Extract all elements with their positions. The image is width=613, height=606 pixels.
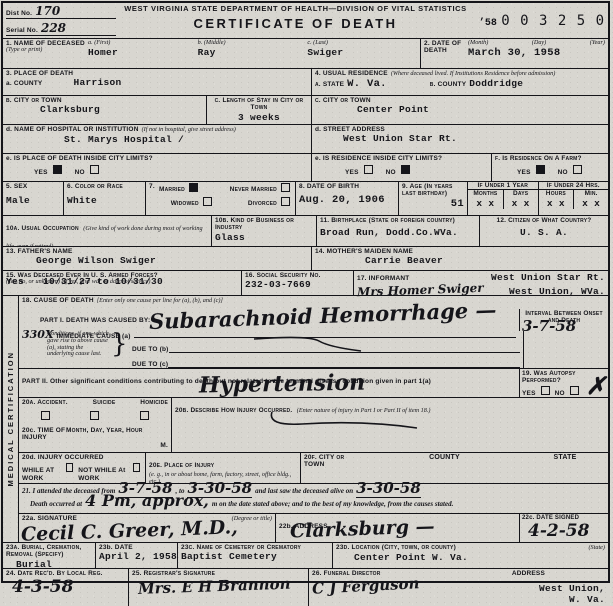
days-value: x x	[503, 198, 538, 209]
stay-value: 3 weeks	[210, 112, 308, 123]
pod-city-value: Clarksburg	[40, 104, 203, 115]
part1-label: PART I. DEATH WAS CAUSED BY:	[40, 317, 150, 324]
hospital-label: d. NAME OF HOSPITAL OR INSTITUTION	[6, 126, 139, 133]
field-citizen: 12. Citizen of What Country? U. S. A.	[479, 216, 608, 246]
row-registrar: 24. Date Rec'd. By Local Reg. 4-3-58 25.…	[3, 568, 608, 586]
middle-name-label: b. (Middle)	[198, 40, 308, 47]
checkbox-never-married	[281, 183, 290, 192]
field-cemetery: 23c. Name of Cemetery or Crematory Bapti…	[177, 543, 332, 568]
field-describe-injury: 20b. Describe How Injury Occurred. (Ente…	[171, 398, 608, 426]
checkbox-farm-yes	[536, 165, 545, 174]
business-value: Glass	[215, 232, 313, 243]
months-label: Months	[468, 190, 503, 197]
death-time-value: 4 Pm, approx,	[85, 491, 209, 510]
hours-label: Hours	[539, 190, 574, 197]
department-title: WEST VIRGINIA STATE DEPARTMENT OF HEALTH…	[116, 5, 475, 14]
physician-address-value: Clarksburg —	[290, 515, 435, 542]
cert-year-prefix: ’58	[479, 18, 497, 29]
row-cities: b. CITY or TOWN Clarksburg c. Length of …	[3, 95, 608, 124]
field-res-city: c. CITY or TOWN Center Point	[311, 96, 608, 124]
divorced-label: Divorced	[226, 197, 293, 207]
informant-signature: Mrs Homer Swiger	[357, 281, 484, 299]
certificate-title: CERTIFICATE OF DEATH	[116, 17, 475, 32]
pod-limits-yes-label: YES	[34, 169, 48, 176]
checkbox-res-limits-no	[401, 165, 410, 174]
checkbox-homicide	[140, 411, 149, 420]
checkbox-autopsy-no	[570, 386, 579, 395]
hospital-value: St. Marys Hospital /	[64, 134, 308, 145]
res-county-label: b. COUNTY	[430, 81, 466, 88]
checkbox-suicide	[90, 411, 99, 420]
row-20def: 20d. INJURY OCCURRED WHILE AT WORK NOT W…	[19, 452, 608, 483]
due-b-label: DUE TO (b)	[132, 346, 169, 353]
field-usual-residence: 4. USUAL RESIDENCE (Where deceased lived…	[311, 69, 608, 95]
row-parents: 13. FATHER'S NAME George Wilson Swiger 1…	[3, 246, 608, 270]
field-hospital: d. NAME OF HOSPITAL OR INSTITUTION (If n…	[3, 125, 311, 153]
row-hospital-street: d. NAME OF HOSPITAL OR INSTITUTION (If n…	[3, 124, 608, 153]
date-signed-value: 4-2-58	[528, 521, 589, 541]
age-value: 51	[402, 198, 464, 210]
received-label: 24. Date Rec'd. By Local Reg.	[6, 570, 125, 577]
row-burial: 23a. Burial, Cremation, Removal (Specify…	[3, 542, 608, 568]
farm-yes-label: YES	[517, 169, 531, 176]
burial-date-label: 23b. DATE	[99, 544, 174, 551]
alive-label: and last saw the deceased alive on	[255, 487, 353, 495]
field-informant: 17. INFORMANT West Union Star Rt. Mrs Ho…	[353, 271, 608, 295]
field-pod-city-limits: e. IS PLACE OF DEATH INSIDE CITY LIMITS?…	[3, 154, 311, 181]
cemetery-label: 23c. Name of Cemetery or Crematory	[181, 544, 329, 551]
field-mother-name: 14. MOTHER'S MAIDEN NAME Carrie Beaver	[311, 247, 608, 270]
field-street-address: d. STREET ADDRESS West Union Star Rt.	[311, 125, 608, 153]
immediate-cause-row: PART I. DEATH WAS CAUSED BY: 330X IMMEDI…	[19, 309, 608, 331]
field-date-of-death: 2. DATE OF DEATH (Month) (Day) (Year) Ma…	[420, 39, 608, 68]
dob-label: 8. DATE OF BIRTH	[299, 183, 395, 190]
field-age: 9. Age (In years last birthday) 51 If Un…	[398, 182, 608, 215]
alive-date-value: 3-30-58	[356, 479, 421, 498]
hours-value: x x	[539, 198, 574, 209]
min-value: x x	[573, 198, 608, 209]
due-to-b-row: Conditions, if any, which gave rise to a…	[19, 331, 608, 353]
field-occupation: 10a. Usual Occupation (Give kind of work…	[3, 216, 211, 246]
res-state-value: W. Va.	[347, 78, 387, 90]
burial-label: 23a. Burial, Cremation, Removal (Specify…	[6, 544, 92, 559]
field-ssn: 16. Social Security No. 232-03-7669	[241, 271, 353, 295]
father-value: George Wilson Swiger	[36, 255, 308, 266]
field-father-name: 13. FATHER'S NAME George Wilson Swiger	[3, 247, 311, 270]
res-limits-no-label: NO	[386, 169, 396, 176]
place-of-death-label: 3. PLACE OF DEATH	[6, 70, 308, 77]
sex-label: 5. SEX	[6, 183, 60, 190]
mother-label: 14. MOTHER'S MAIDEN NAME	[315, 248, 605, 255]
time-sub-label: Month, Day, Year, Hour	[66, 427, 168, 434]
autopsy-no-label: NO	[555, 390, 565, 397]
row-county-residence: 3. PLACE OF DEATH a. COUNTY Harrison 4. …	[3, 68, 608, 95]
field-burial-location: 23d. Location (City, town, or county) (S…	[332, 543, 608, 568]
res-state-label: a. STATE	[315, 81, 344, 88]
married-label: Married	[159, 183, 226, 193]
res-limits-yes-label: YES	[345, 169, 359, 176]
dob-value: Aug. 20, 1906	[299, 194, 395, 206]
death-occurred-label: Death occurred at	[30, 500, 82, 508]
checkbox-res-limits-yes	[364, 165, 373, 174]
service-dates: 10/31/27 to 10/31/30	[43, 276, 163, 287]
dod-day-label: (Day)	[532, 40, 546, 47]
hospital-sub: (If not in hospital, give street address…	[142, 127, 236, 134]
field-time-of-injury: 20c. TIME OF INJURY Month, Day, Year, Ho…	[19, 426, 171, 452]
field-registrar-signature: 25. Registrar's Signature Mrs. E H Brann…	[128, 569, 308, 586]
homicide-label: Homicide	[140, 399, 168, 406]
occupation-label: 10a. Usual Occupation	[6, 225, 79, 232]
place-injury-label: 20e. Place of Injury	[149, 462, 214, 469]
father-label: 13. FATHER'S NAME	[6, 248, 308, 255]
field-attended-statement: 21. I attended the deceased from 3-7-58 …	[19, 483, 608, 513]
checkbox-pod-limits-yes	[53, 165, 62, 174]
field-race: 6. Color or Race White	[63, 182, 145, 215]
brace-glyph: }	[111, 329, 128, 359]
min-label: Min.	[573, 190, 608, 197]
location-state-label: (State)	[589, 545, 606, 552]
pod-limits-label: e. IS PLACE OF DEATH INSIDE CITY LIMITS?	[6, 155, 308, 162]
res-city-label: c. CITY or TOWN	[315, 97, 605, 104]
row-personal: 5. SEX Male 6. Color or Race White 7. Ma…	[3, 181, 608, 215]
field-physician-signature: 22a. SIGNATURE (Degree or title) Cecil C…	[19, 514, 275, 542]
widowed-label: Widowed	[159, 197, 226, 207]
street-label: d. STREET ADDRESS	[315, 126, 605, 133]
checkbox-pod-limits-no	[90, 165, 99, 174]
age-label: 9. Age (In years last birthday)	[402, 183, 464, 198]
header: Dist No. 170 Serial No. 228 WEST VIRGINI…	[3, 3, 608, 38]
first-name-label: a. (First)	[88, 40, 198, 47]
row-20ab: 20a. Accident. Suicide Homicide 20b. Des…	[19, 397, 608, 426]
checkbox-divorced	[281, 197, 290, 206]
stay-label: c. Length of Stay in City or Town	[210, 97, 308, 112]
field-business: 10b. Kind of Business or Industry Glass	[211, 216, 316, 246]
ssn-value: 232-03-7669	[245, 279, 350, 290]
field-length-of-stay: c. Length of Stay in City or Town 3 week…	[206, 96, 311, 124]
part2-value: Hypertension	[199, 370, 366, 399]
describe-label: 20b. Describe How Injury Occurred.	[175, 407, 292, 414]
first-name-value: Homer	[88, 47, 198, 58]
cause-label: 18. CAUSE OF DEATH	[22, 297, 94, 304]
citizen-label: 12. Citizen of What Country?	[483, 217, 605, 224]
checkbox-not-while-at-work	[133, 463, 140, 472]
checkbox-while-at-work	[66, 463, 73, 472]
burial-value: Burial	[16, 559, 92, 568]
received-value: 4-3-58	[12, 577, 125, 586]
race-label: 6. Color or Race	[67, 183, 142, 190]
street-value: West Union Star Rt.	[343, 133, 605, 144]
accident-label: 20a. Accident.	[22, 399, 68, 406]
field-injury-city-county-state: 20f. CITY or TOWN COUNTY STATE	[300, 453, 608, 483]
cemetery-value: Baptist Cemetery	[181, 551, 329, 562]
degree-label: (Degree or title)	[232, 516, 272, 523]
describe-sub: (Enter nature of injury in Part I or Par…	[297, 407, 431, 414]
row-occupation: 10a. Usual Occupation (Give kind of work…	[3, 215, 608, 246]
row-service-informant: 15. Was Deceased Ever In U. S. Armed For…	[3, 270, 608, 295]
medical-certification-rail: MEDICAL CERTIFICATION	[3, 296, 19, 542]
informant-address2: West Union, WVa.	[509, 286, 605, 297]
pod-county-value: Harrison	[73, 77, 121, 88]
months-value: x x	[468, 198, 503, 209]
informant-address1: West Union Star Rt.	[491, 272, 605, 283]
birthplace-value: Broad Run, Dodd.Co.WVa.	[320, 227, 476, 238]
field-pod-city: b. CITY or TOWN Clarksburg	[3, 96, 206, 124]
field-armed-forces: 15. Was Deceased Ever In U. S. Armed For…	[3, 271, 241, 295]
field-marital-status: 7. Married Never Married Widowed Divorce…	[145, 182, 295, 215]
sex-value: Male	[6, 195, 60, 206]
field-name-of-deceased: 1. NAME OF DECEASED (Type or print) a. (…	[3, 39, 420, 68]
row-name-date: 1. NAME OF DECEASED (Type or print) a. (…	[3, 38, 608, 68]
res-city-value: Center Point	[357, 104, 605, 115]
autopsy-yes-label: YES	[522, 390, 536, 397]
location-value: Center Point W. Va.	[354, 552, 605, 563]
business-label: 10b. Kind of Business or Industry	[215, 217, 313, 232]
row-22-signature: 22a. SIGNATURE (Degree or title) Cecil C…	[19, 513, 608, 542]
dod-year-label: (Year)	[590, 40, 605, 47]
field-res-farm: f. Is Residence On A Farm? YES NO	[491, 154, 608, 181]
service-answer: Yes	[6, 276, 24, 287]
checkbox-married	[189, 183, 198, 192]
date-of-death-label: 2. DATE OF DEATH	[424, 40, 464, 67]
injury-city-label: 20f. CITY or TOWN	[304, 454, 364, 482]
header-titles: WEST VIRGINIA STATE DEPARTMENT OF HEALTH…	[116, 4, 475, 37]
checkbox-autopsy-yes	[541, 386, 550, 395]
farm-label: f. Is Residence On A Farm?	[495, 155, 605, 162]
ssn-label: 16. Social Security No.	[245, 272, 350, 279]
field-date-signed: 22c. DATE SIGNED 4-2-58	[519, 514, 608, 542]
interval-value: 3-7-58	[522, 317, 576, 335]
medical-certification-section: MEDICAL CERTIFICATION 18. CAUSE OF DEATH…	[3, 295, 608, 542]
name-sub-label: (Type or print)	[6, 47, 88, 54]
field-burial-date: 23b. DATE April 2, 1958	[95, 543, 177, 568]
informant-label: 17. INFORMANT	[357, 275, 409, 282]
conditions-note: Conditions, if any, which gave rise to a…	[47, 331, 109, 358]
under1-label: If Under 1 Year	[468, 182, 538, 189]
last-name-label: c. (Last)	[307, 40, 417, 47]
pod-limits-no-label: NO	[75, 169, 85, 176]
field-birthplace: 11. Birthplace (State or foreign country…	[316, 216, 479, 246]
field-sex: 5. SEX Male	[3, 182, 63, 215]
location-label: 23d. Location (City, town, or county)	[336, 544, 456, 551]
dist-no-value: 170	[35, 4, 60, 18]
dod-value: March 30, 1958	[468, 47, 605, 59]
serial-no-label: Serial No.	[6, 27, 38, 34]
farm-no-label: NO	[558, 169, 568, 176]
field-accident-suicide-homicide: 20a. Accident. Suicide Homicide	[19, 398, 171, 426]
cert-serial: 0 0 3 2 5 0	[501, 13, 605, 29]
dod-month-label: (Month)	[468, 40, 488, 47]
registry-numbers: Dist No. 170 Serial No. 228	[6, 4, 116, 37]
injury-occurred-label: 20d. INJURY OCCURRED	[22, 454, 142, 461]
field-place-of-death-county: 3. PLACE OF DEATH a. COUNTY Harrison	[3, 69, 311, 95]
time-label: 20c. TIME OF INJURY	[22, 427, 66, 451]
death-certificate: Dist No. 170 Serial No. 228 WEST VIRGINI…	[1, 1, 610, 583]
res-county-value: Doddridge	[469, 78, 523, 89]
field-burial-type: 23a. Burial, Cremation, Removal (Specify…	[3, 543, 95, 568]
time-m-label: M.	[66, 442, 168, 449]
row-20c: 20c. TIME OF INJURY Month, Day, Year, Ho…	[19, 426, 608, 452]
res-limits-label: e. IS RESIDENCE INSIDE CITY LIMITS?	[315, 155, 488, 162]
cause-sub: [Enter only one cause per line for (a), …	[97, 298, 223, 305]
due-c-label: DUE TO (c)	[132, 361, 168, 368]
pod-city-label: b. CITY or TOWN	[6, 97, 203, 104]
middle-name-value: Ray	[198, 47, 308, 58]
days-label: Days	[503, 190, 538, 197]
part2-row: PART II. Other significant conditions co…	[19, 368, 608, 397]
autopsy-handwritten-mark: ✗	[586, 371, 606, 400]
field-funeral-director: 26. Funeral Director ADDRESS C J Ferguso…	[308, 569, 608, 586]
suicide-label: Suicide	[93, 399, 116, 406]
field-date-of-birth: 8. DATE OF BIRTH Aug. 20, 1906	[295, 182, 398, 215]
director-address-label: ADDRESS	[512, 570, 545, 577]
citizen-value: U. S. A.	[483, 227, 605, 238]
while-at-work-label: WHILE AT WORK	[22, 467, 61, 482]
residence-sub: (Where deceased lived. If Institutions R…	[391, 71, 556, 78]
checkbox-widowed	[203, 197, 212, 206]
certificate-number: ’58 0 0 3 2 5 0	[475, 4, 605, 37]
under24-label: If Under 24 Hrs.	[539, 182, 609, 189]
marital-num: 7.	[149, 183, 159, 193]
injury-state-label: STATE	[525, 454, 605, 482]
mother-value: Carrie Beaver	[365, 255, 605, 266]
field-physician-address: 22b. ADDRESS Clarksburg —	[275, 514, 519, 542]
dist-no-label: Dist No.	[6, 10, 32, 17]
birthplace-label: 11. Birthplace (State or foreign country…	[320, 217, 476, 224]
checkbox-farm-no	[573, 165, 582, 174]
row-city-limits: e. IS PLACE OF DEATH INSIDE CITY LIMITS?…	[3, 153, 608, 181]
occurred-rest-label: m on the date stated above; and to the b…	[212, 500, 453, 508]
never-married-label: Never Married	[226, 183, 293, 193]
pod-county-label: a. COUNTY	[6, 80, 42, 87]
field-res-city-limits: e. IS RESIDENCE INSIDE CITY LIMITS? YES …	[311, 154, 491, 181]
medical-certification-label: MEDICAL CERTIFICATION	[6, 351, 15, 486]
last-name-value: Swiger	[307, 47, 417, 58]
field-date-received: 24. Date Rec'd. By Local Reg. 4-3-58	[3, 569, 128, 586]
injury-county-label: COUNTY	[364, 454, 525, 482]
burial-date-value: April 2, 1958	[99, 551, 174, 562]
race-value: White	[67, 195, 142, 206]
checkbox-accident	[41, 411, 50, 420]
residence-label: 4. USUAL RESIDENCE	[315, 70, 388, 77]
serial-no-value: 228	[41, 21, 66, 35]
